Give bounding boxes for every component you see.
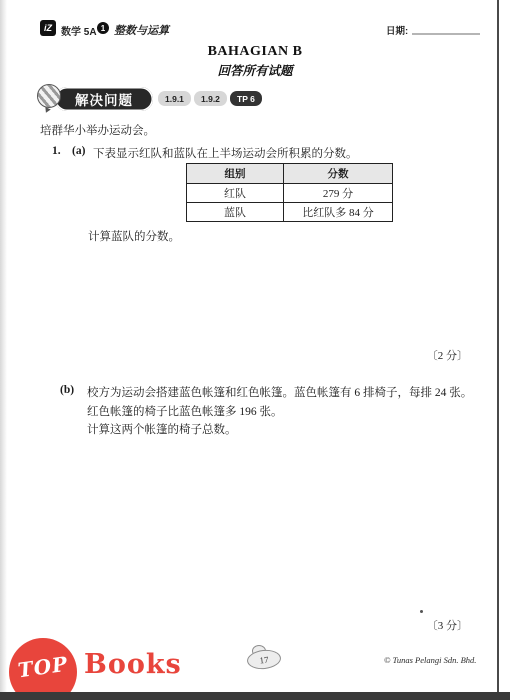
scan-edge-bottom — [0, 692, 510, 700]
topic-pill: 解决问题 — [55, 87, 153, 111]
question-number: 1. — [52, 145, 61, 157]
table-row: 红队 279 分 — [187, 184, 393, 203]
table-header-row: 组别 分数 — [187, 164, 393, 184]
part-a-instruction: 计算蓝队的分数。 — [88, 228, 180, 244]
part-a-text: 下表显示红队和蓝队在上半场运动会所积累的分数。 — [93, 145, 358, 161]
scan-speck — [420, 610, 423, 613]
brand-logo-icon: iZ — [40, 20, 56, 36]
table-header-group: 组别 — [187, 164, 284, 184]
scan-edge-left — [0, 0, 7, 700]
section-subtitle: 回答所有试题 — [0, 61, 510, 79]
table-cell-score: 279 分 — [284, 184, 393, 203]
scan-edge-right — [497, 0, 499, 700]
part-b-line: 计算这两个帐篷的椅子总数。 — [87, 421, 487, 440]
part-a-marks: 〔2 分〕 — [427, 347, 468, 363]
balloon-tail-icon — [43, 107, 51, 114]
chapter-title: 整数与运算 — [114, 22, 169, 38]
date-label: 日期: — [386, 23, 408, 37]
tp-level-badge: TP 6 — [230, 91, 262, 106]
part-b-text: 校方为运动会搭建蓝色帐篷和红色帐篷。蓝色帐篷有 6 排椅子，每排 24 张。 红… — [87, 384, 487, 440]
balloon-icon — [37, 84, 61, 108]
question-intro: 培群华小举办运动会。 — [40, 122, 155, 138]
part-b-line: 校方为运动会搭建蓝色帐篷和红色帐篷。蓝色帐篷有 6 排椅子，每排 24 张。 — [87, 384, 487, 403]
table-cell-team: 红队 — [187, 184, 284, 203]
part-b-marks: 〔3 分〕 — [427, 617, 468, 633]
copyright-text: © Tunas Pelangi Sdn. Bhd. — [384, 655, 476, 665]
score-table: 组别 分数 红队 279 分 蓝队 比红队多 84 分 — [186, 163, 393, 222]
syllabus-code-badge: 1.9.2 — [194, 91, 227, 106]
book-title: 数学 5A — [61, 23, 97, 38]
section-title: BAHAGIAN B — [0, 44, 510, 60]
chapter-number-badge: 1 — [97, 22, 109, 34]
date-write-line — [412, 33, 480, 35]
syllabus-code-badge: 1.9.1 — [158, 91, 191, 106]
part-a-label: (a) — [72, 145, 85, 157]
table-header-score: 分数 — [284, 164, 393, 184]
table-cell-score: 比红队多 84 分 — [284, 203, 393, 222]
part-b-line: 红色帐篷的椅子比蓝色帐篷多 196 张。 — [87, 403, 487, 422]
part-b-label: (b) — [60, 384, 74, 396]
publisher-logo-books-text: Books — [84, 649, 182, 680]
workbook-page: iZ 数学 5A 1 整数与运算 日期: BAHAGIAN B 回答所有试题 解… — [0, 0, 510, 700]
table-row: 蓝队 比红队多 84 分 — [187, 203, 393, 222]
table-cell-team: 蓝队 — [187, 203, 284, 222]
